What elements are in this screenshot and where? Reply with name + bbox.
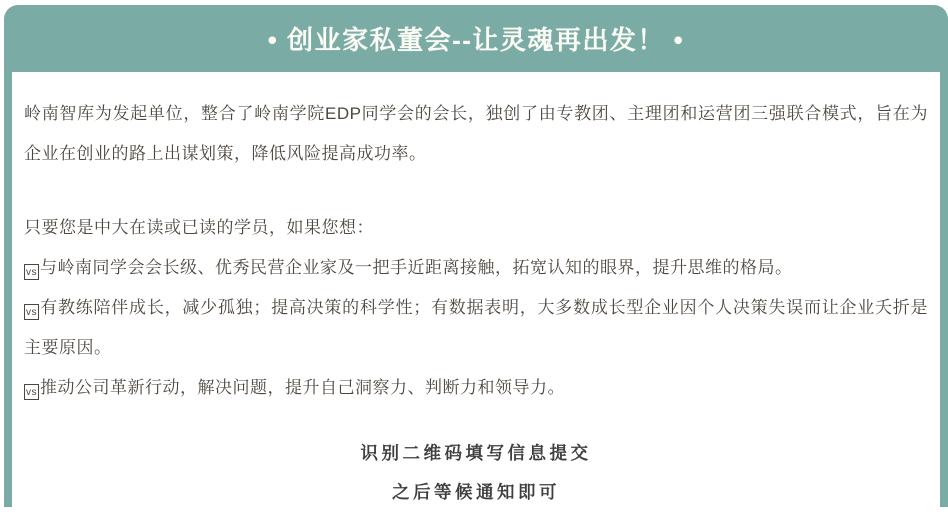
article-title: • 创业家私董会--让灵魂再出发！ • <box>268 20 684 57</box>
bullet-item: vs推动公司革新行动，解决问题，提升自己洞察力、判断力和领导力。 <box>24 368 928 408</box>
paragraph-spacer <box>24 408 928 434</box>
lead-paragraph: 只要您是中大在读或已读的学员，如果您想： <box>24 208 928 248</box>
bullet-text: 有教练陪伴成长，减少孤独；提高决策的科学性；有数据表明，大多数成长型企业因个人决… <box>24 298 928 357</box>
paragraph-spacer <box>24 174 928 208</box>
article-header-banner: • 创业家私董会--让灵魂再出发！ • <box>4 5 948 72</box>
bullet-item: vs与岭南同学会会长级、优秀民营企业家及一把手近距离接触，拓宽认知的眼界，提升思… <box>24 248 928 288</box>
article-body: 岭南智库为发起单位，整合了岭南学院EDP同学会的会长，独创了由专教团、主理团和运… <box>12 72 940 507</box>
cta-line-1: 识别二维码填写信息提交 <box>24 434 928 473</box>
cta-line-2: 之后等候通知即可 <box>24 473 928 512</box>
bullet-item: vs有教练陪伴成长，减少孤独；提高决策的科学性；有数据表明，大多数成长型企业因个… <box>24 288 928 368</box>
bullet-text: 与岭南同学会会长级、优秀民营企业家及一把手近距离接触，拓宽认知的眼界，提升思维的… <box>40 258 793 277</box>
vs-tofu-icon: vs <box>24 264 39 280</box>
vs-tofu-icon: vs <box>24 304 39 320</box>
bullet-text: 推动公司革新行动，解决问题，提升自己洞察力、判断力和领导力。 <box>40 378 565 397</box>
intro-paragraph: 岭南智库为发起单位，整合了岭南学院EDP同学会的会长，独创了由专教团、主理团和运… <box>24 94 928 174</box>
article-card: • 创业家私董会--让灵魂再出发！ • 岭南智库为发起单位，整合了岭南学院EDP… <box>4 5 948 507</box>
vs-tofu-icon: vs <box>24 384 39 400</box>
